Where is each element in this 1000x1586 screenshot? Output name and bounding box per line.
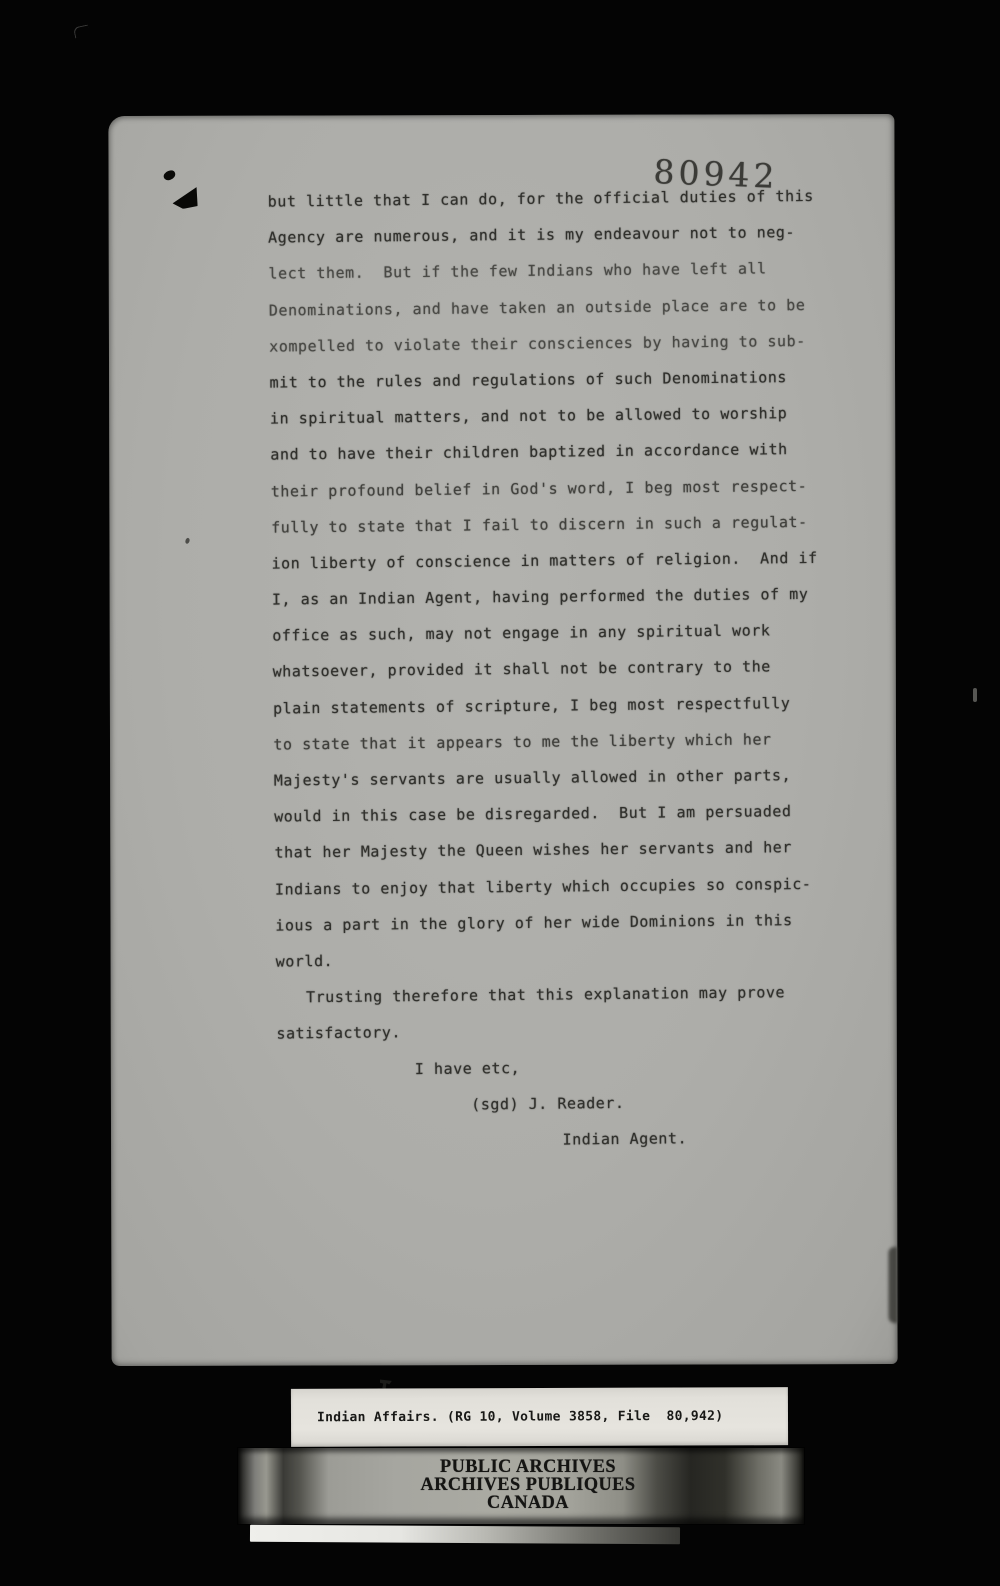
film-edge-speck: [973, 688, 977, 702]
letter-line: lect them. But if the few Indians who ha…: [268, 250, 858, 292]
ink-blot-mark: [162, 169, 176, 182]
letter-line: Indians to enjoy that liberty which occu…: [275, 865, 865, 907]
letter-line: fully to state that I fail to discern in…: [271, 503, 861, 545]
letter-line: but little that I can do, for the offici…: [268, 177, 858, 219]
letter-line: and to have their children baptized in a…: [270, 431, 860, 473]
letter-line: to state that it appears to me the liber…: [273, 720, 863, 762]
letter-signature-title: Indian Agent.: [277, 1118, 867, 1160]
letter-line: I, as an Indian Agent, having performed …: [272, 575, 862, 617]
label-tick-mark: [380, 1380, 392, 1389]
letter-line: satisfactory.: [276, 1010, 866, 1052]
letter-body: but little that I can do, for the offici…: [268, 177, 868, 1160]
microfilm-scan: 80942 but little that I can do, for the …: [0, 0, 1000, 1586]
public-archives-film-stamp: PUBLIC ARCHIVES ARCHIVES PUBLIQUES CANAD…: [238, 1448, 804, 1524]
letter-line: office as such, may not engage in any sp…: [272, 612, 862, 654]
letter-line: mit to the rules and regulations of such…: [269, 358, 859, 400]
letter-line: would in this case be disregarded. But I…: [274, 793, 864, 835]
letter-line: whatsoever, provided it shall not be con…: [272, 648, 862, 690]
page-edge-smudge: [888, 1247, 897, 1323]
film-scratch-mark: [73, 25, 90, 39]
letter-closing: I have etc,: [277, 1046, 867, 1088]
letter-line: ion liberty of conscience in matters of …: [271, 539, 861, 581]
stamp-line-canada: CANADA: [421, 1494, 636, 1512]
letter-line: world.: [276, 937, 866, 979]
archive-reference-label: Indian Affairs. (RG 10, Volume 3858, Fil…: [291, 1387, 788, 1447]
letter-line: plain statements of scripture, I beg mos…: [273, 684, 863, 726]
letter-line: Trusting therefore that this explanation…: [276, 974, 866, 1016]
letter-line: in spiritual matters, and not to be allo…: [270, 395, 860, 437]
public-archives-stamp-text: PUBLIC ARCHIVES ARCHIVES PUBLIQUES CANAD…: [421, 1458, 636, 1512]
letter-line: that her Majesty the Queen wishes her se…: [274, 829, 864, 871]
letter-line: their profound belief in God's word, I b…: [271, 467, 861, 509]
letter-line: Majesty's servants are usually allowed i…: [274, 756, 864, 798]
letter-line: xompelled to violate their consciences b…: [269, 322, 859, 364]
document-page: 80942 but little that I can do, for the …: [108, 114, 897, 1366]
film-frame-sliver: [250, 1525, 680, 1545]
letter-line: Denominations, and have taken an outside…: [269, 286, 859, 328]
triangle-ink-mark: [173, 186, 198, 209]
archive-reference-text: Indian Affairs. (RG 10, Volume 3858, Fil…: [317, 1409, 723, 1425]
letter-line: Agency are numerous, and it is my endeav…: [268, 214, 858, 256]
letter-line: ious a part in the glory of her wide Dom…: [275, 901, 865, 943]
letter-signature: (sgd) J. Reader.: [277, 1082, 867, 1124]
paper-speck: [185, 537, 191, 544]
